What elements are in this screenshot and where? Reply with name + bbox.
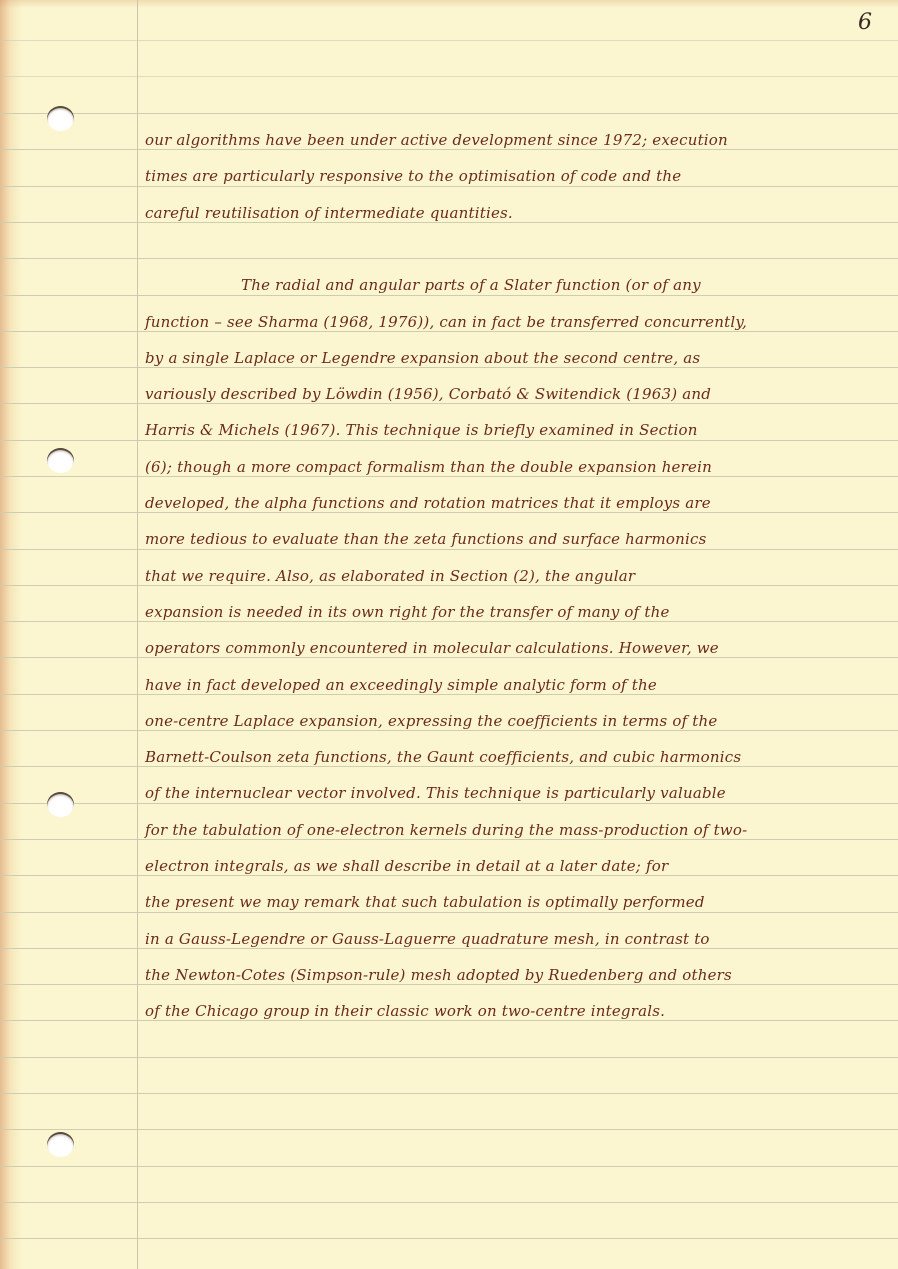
text-line: variously described by Löwdin (1956), Co… <box>145 383 711 405</box>
text-line: (6); though a more compact formalism tha… <box>145 456 712 478</box>
text-line: that we require. Also, as elaborated in … <box>145 565 635 587</box>
punch-hole <box>47 106 74 131</box>
text-line: one-centre Laplace expansion, expressing… <box>145 710 717 732</box>
rule-line <box>0 1238 898 1239</box>
text-line: Harris & Michels (1967). This technique … <box>145 419 698 441</box>
text-line: operators commonly encountered in molecu… <box>145 637 719 659</box>
text-line: electron integrals, as we shall describe… <box>145 855 668 877</box>
rule-line <box>0 1093 898 1094</box>
punch-hole <box>47 1132 74 1157</box>
text-line: more tedious to evaluate than the zeta f… <box>145 528 707 550</box>
text-line: Barnett-Coulson zeta functions, the Gaun… <box>145 746 741 768</box>
text-line: developed, the alpha functions and rotat… <box>145 492 711 514</box>
rule-line <box>0 1202 898 1203</box>
text-line: function – see Sharma (1968, 1976)), can… <box>145 311 747 333</box>
notebook-page: 6 our algorithms have been under active … <box>0 0 898 1269</box>
text-line: the Newton-Cotes (Simpson-rule) mesh ado… <box>145 964 732 986</box>
text-line: careful reutilisation of intermediate qu… <box>145 202 513 224</box>
rule-line <box>0 76 898 77</box>
ruled-lines <box>0 0 898 1269</box>
punch-hole <box>47 448 74 473</box>
text-line: have in fact developed an exceedingly si… <box>145 674 657 696</box>
rule-line <box>0 113 898 114</box>
rule-line <box>0 1129 898 1130</box>
rule-line <box>0 258 898 259</box>
text-line: of the Chicago group in their classic wo… <box>145 1000 665 1022</box>
text-line: the present we may remark that such tabu… <box>145 891 705 913</box>
text-line: of the internuclear vector involved. Thi… <box>145 782 726 804</box>
text-line: expansion is needed in its own right for… <box>145 601 670 623</box>
margin-line <box>137 0 138 1269</box>
rule-line <box>0 40 898 41</box>
text-line: in a Gauss-Legendre or Gauss-Laguerre qu… <box>145 928 710 950</box>
text-line: The radial and angular parts of a Slater… <box>145 274 701 296</box>
text-line: by a single Laplace or Legendre expansio… <box>145 347 700 369</box>
text-line: our algorithms have been under active de… <box>145 129 728 151</box>
text-line: for the tabulation of one-electron kerne… <box>145 819 747 841</box>
text-line: times are particularly responsive to the… <box>145 165 681 187</box>
punch-hole <box>47 792 74 817</box>
page-number: 6 <box>858 10 872 35</box>
rule-line <box>0 1166 898 1167</box>
rule-line <box>0 1057 898 1058</box>
